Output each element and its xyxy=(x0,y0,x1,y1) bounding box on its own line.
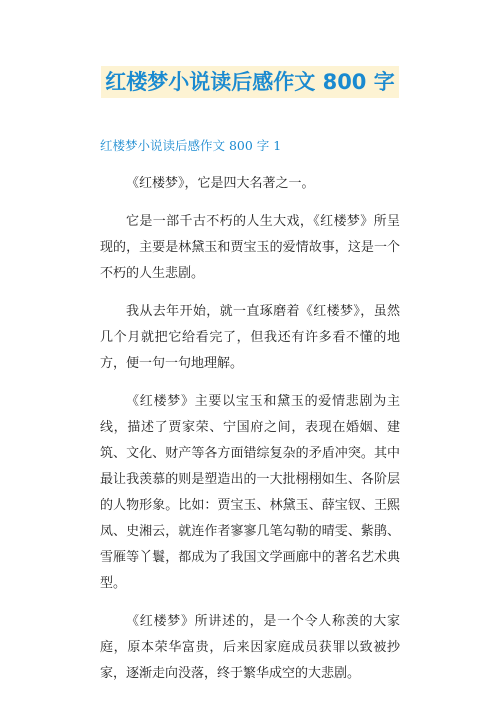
paragraph-1: 《红楼梦》，它是四大名著之一。 xyxy=(100,171,400,197)
document-page: 红楼梦小说读后感作文 800 字 红楼梦小说读后感作文 800 字 1 《红楼梦… xyxy=(0,0,500,708)
section-heading: 红楼梦小说读后感作文 800 字 1 xyxy=(100,137,281,155)
paragraph-5: 《红楼梦》所讲述的，是一个令人称羡的大家庭，原本荣华富贵，后来因家庭成员获罪以致… xyxy=(100,609,400,687)
paragraph-4: 《红楼梦》主要以宝玉和黛玉的爱情悲剧为主线，描述了贾家荣、宁国府之间，表现在婚姻… xyxy=(100,389,400,597)
title-container: 红楼梦小说读后感作文 800 字 xyxy=(0,66,500,98)
page-title: 红楼梦小说读后感作文 800 字 xyxy=(101,66,398,98)
paragraph-2: 它是一部千古不朽的人生大戏，《红楼梦》所呈现的，主要是林黛玉和贾宝玉的爱情故事，… xyxy=(100,209,400,287)
article-body: 《红楼梦》，它是四大名著之一。 它是一部千古不朽的人生大戏，《红楼梦》所呈现的，… xyxy=(100,171,400,699)
paragraph-3: 我从去年开始，就一直琢磨着《红楼梦》，虽然几个月就把它给看完了，但我还有许多看不… xyxy=(100,299,400,377)
